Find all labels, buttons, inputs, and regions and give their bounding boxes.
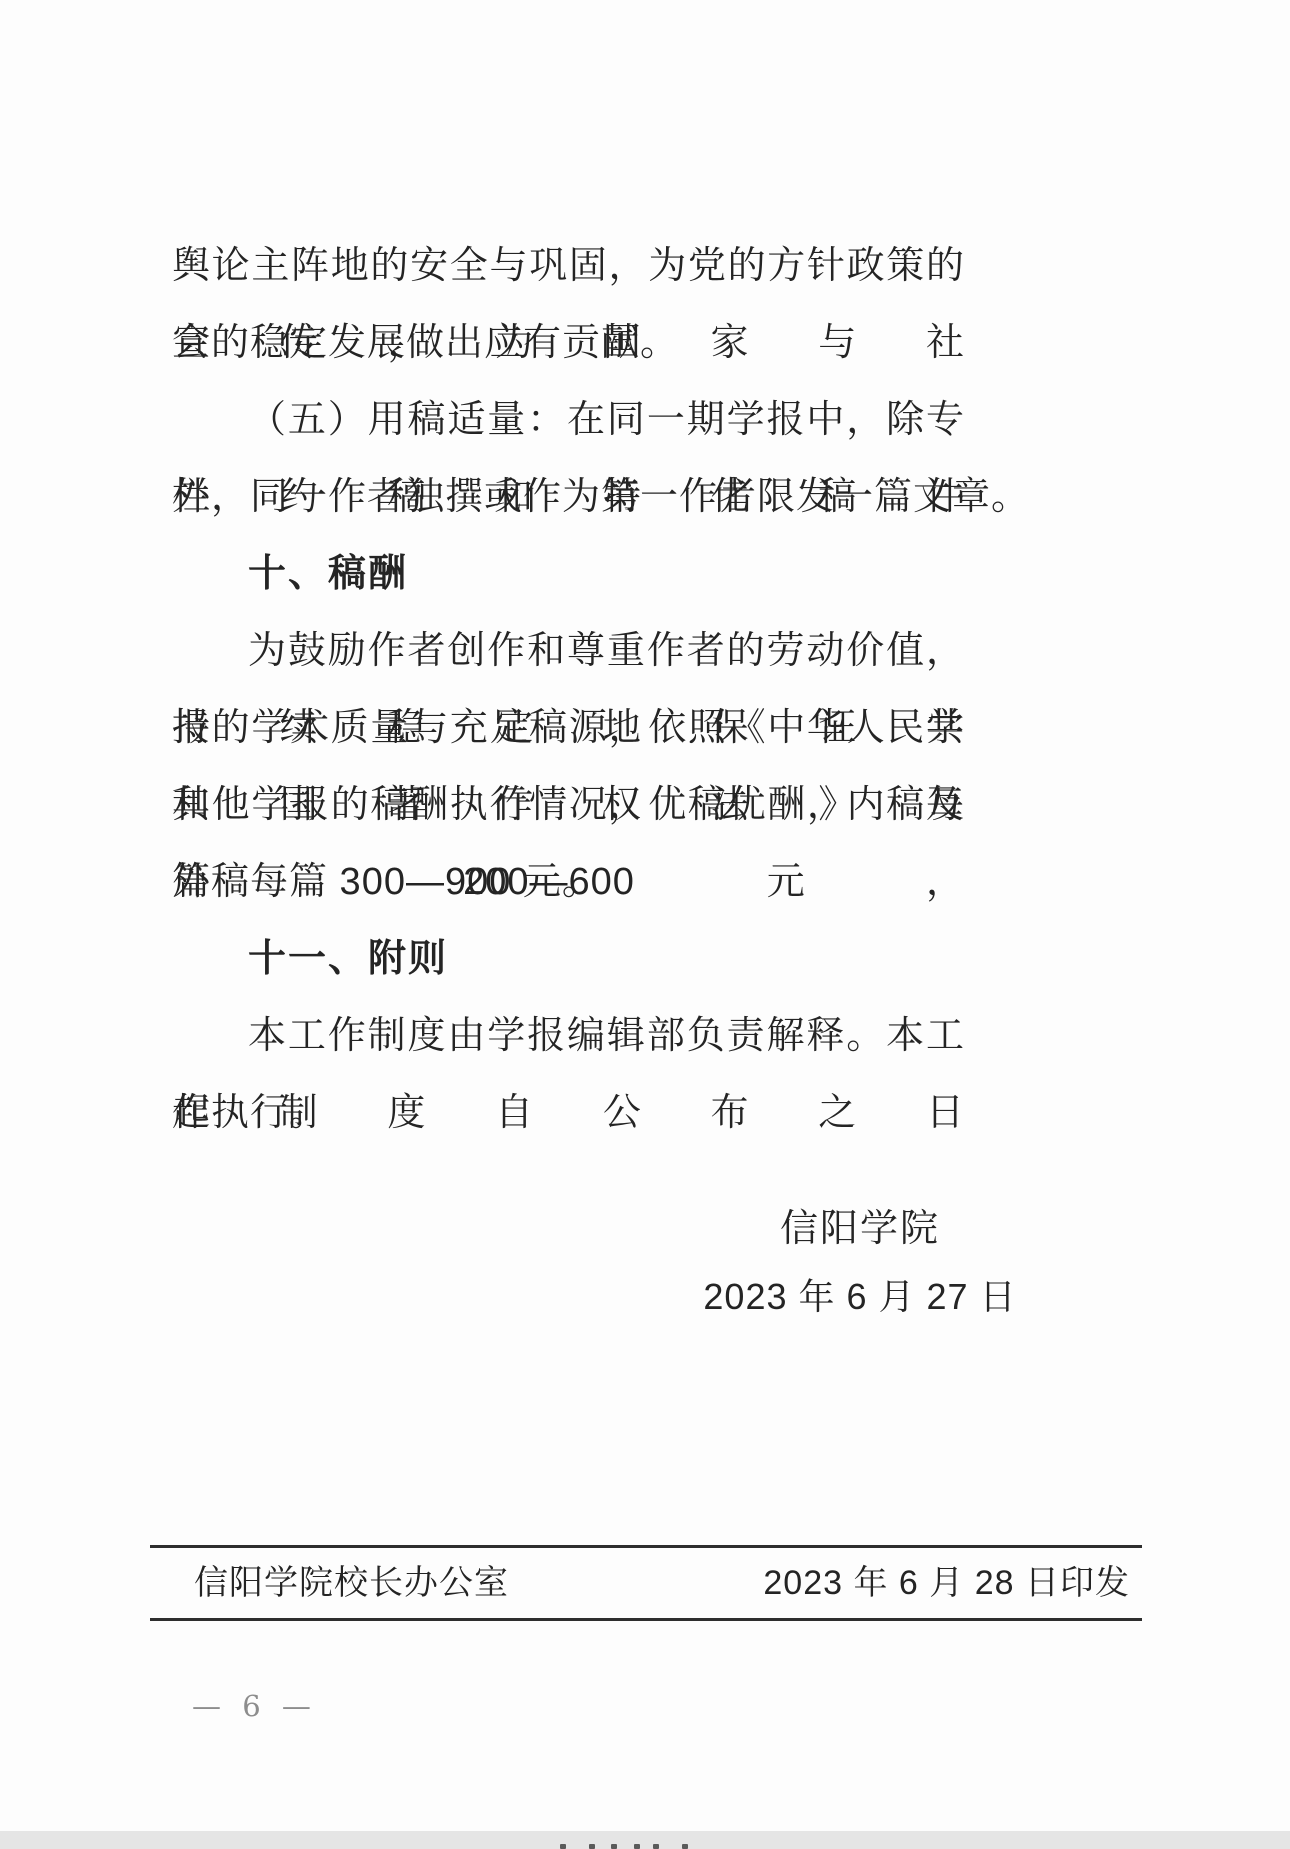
signature-block: 信阳学院 2023 年 6 月 27 日 [700, 1196, 1020, 1330]
body-line: 舆论主阵地的安全与巩固，为党的方针政策的宣传，为国家与社 [172, 228, 965, 305]
body-line: 外，同一作者独撰或作为第一作者限发一篇文章。 [172, 459, 965, 536]
footer-rule-bottom [150, 1618, 1142, 1621]
scan-artifact [611, 1844, 617, 1849]
footer-row: 信阳学院校长办公室 2023 年 6 月 28 日印发 [150, 1559, 1142, 1607]
section-heading: 十一、附则 [172, 921, 965, 998]
body-line: 本工作制度由学报编辑部负责解释。本工作制度自公布之日 [172, 998, 965, 1075]
footer-print-date: 2023 年 6 月 28 日印发 [763, 1559, 1142, 1607]
footer-rule-top [150, 1545, 1142, 1548]
section-heading: 十、稿酬 [172, 536, 965, 613]
body-line: 其他学报的稿酬执行情况，优稿优酬，内稿每篇 200—600 元， [172, 767, 965, 844]
body-line: 为鼓励作者创作和尊重作者的劳动价值，持续稳定地保证学 [172, 613, 965, 690]
body-line: 报的学术质量与充足稿源，依照《中华人民共和国著作权法》及 [172, 690, 965, 767]
scan-artifact [560, 1844, 566, 1849]
scan-artifact [589, 1844, 595, 1849]
scan-artifact [653, 1844, 659, 1849]
footer-issuer: 信阳学院校长办公室 [150, 1559, 509, 1607]
scan-artifact [634, 1844, 640, 1849]
document-page: 舆论主阵地的安全与巩固，为党的方针政策的宣传，为国家与社 会的稳定发展做出应有贡… [0, 0, 1290, 1849]
scan-artifact [682, 1844, 688, 1849]
next-page-edge [0, 1831, 1290, 1849]
body-line: （五）用稿适量：在同一期学报中，除专栏约稿和特优稿件 [172, 382, 965, 459]
signature-date: 2023 年 6 月 27 日 [700, 1263, 1020, 1330]
page-number: — 6 — [192, 1686, 317, 1726]
signature-organization: 信阳学院 [700, 1196, 1020, 1263]
body-text-block: 舆论主阵地的安全与巩固，为党的方针政策的宣传，为国家与社 会的稳定发展做出应有贡… [172, 228, 965, 1152]
